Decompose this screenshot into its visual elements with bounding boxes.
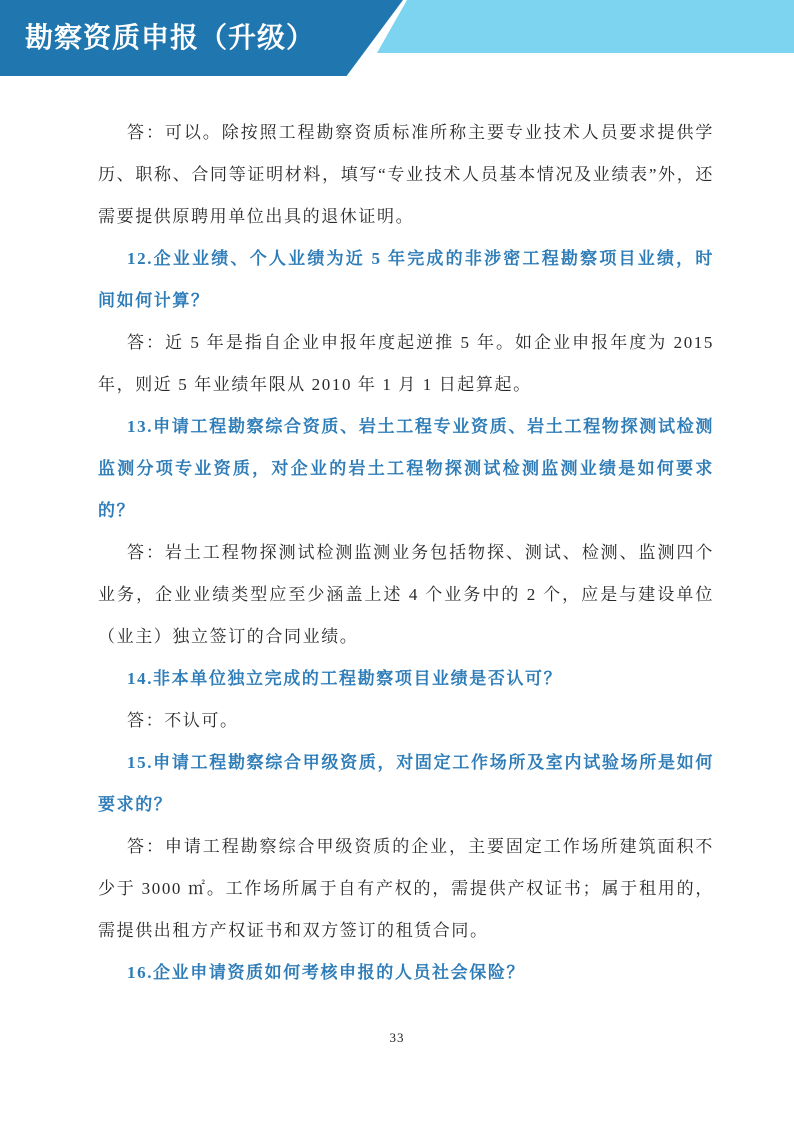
answer-13: 答：岩土工程物探测试检测监测业务包括物探、测试、检测、监测四个业务，企业业绩类型… bbox=[98, 532, 714, 658]
question-14: 14.非本单位独立完成的工程勘察项目业绩是否认可？ bbox=[98, 658, 714, 700]
page-title: 勘察资质申报（升级） bbox=[0, 0, 403, 52]
header-banner: 勘察资质申报（升级） bbox=[0, 0, 403, 76]
question-16: 16.企业申请资质如何考核申报的人员社会保险？ bbox=[98, 952, 714, 994]
page-number: 33 bbox=[0, 1030, 794, 1046]
document-body: 答：可以。除按照工程勘察资质标准所称主要专业技术人员要求提供学历、职称、合同等证… bbox=[98, 112, 714, 994]
answer-15: 答：申请工程勘察综合甲级资质的企业，主要固定工作场所建筑面积不少于 3000 ㎡… bbox=[98, 826, 714, 952]
answer-14: 答：不认可。 bbox=[98, 700, 714, 742]
header-accent-band bbox=[377, 0, 794, 53]
question-12: 12.企业业绩、个人业绩为近 5 年完成的非涉密工程勘察项目业绩，时间如何计算？ bbox=[98, 238, 714, 322]
answer-continued-from-previous-page: 答：可以。除按照工程勘察资质标准所称主要专业技术人员要求提供学历、职称、合同等证… bbox=[98, 112, 714, 238]
question-15: 15.申请工程勘察综合甲级资质，对固定工作场所及室内试验场所是如何要求的？ bbox=[98, 742, 714, 826]
question-13: 13.申请工程勘察综合资质、岩土工程专业资质、岩土工程物探测试检测监测分项专业资… bbox=[98, 406, 714, 532]
answer-12: 答：近 5 年是指自企业申报年度起逆推 5 年。如企业申报年度为 2015 年，… bbox=[98, 322, 714, 406]
